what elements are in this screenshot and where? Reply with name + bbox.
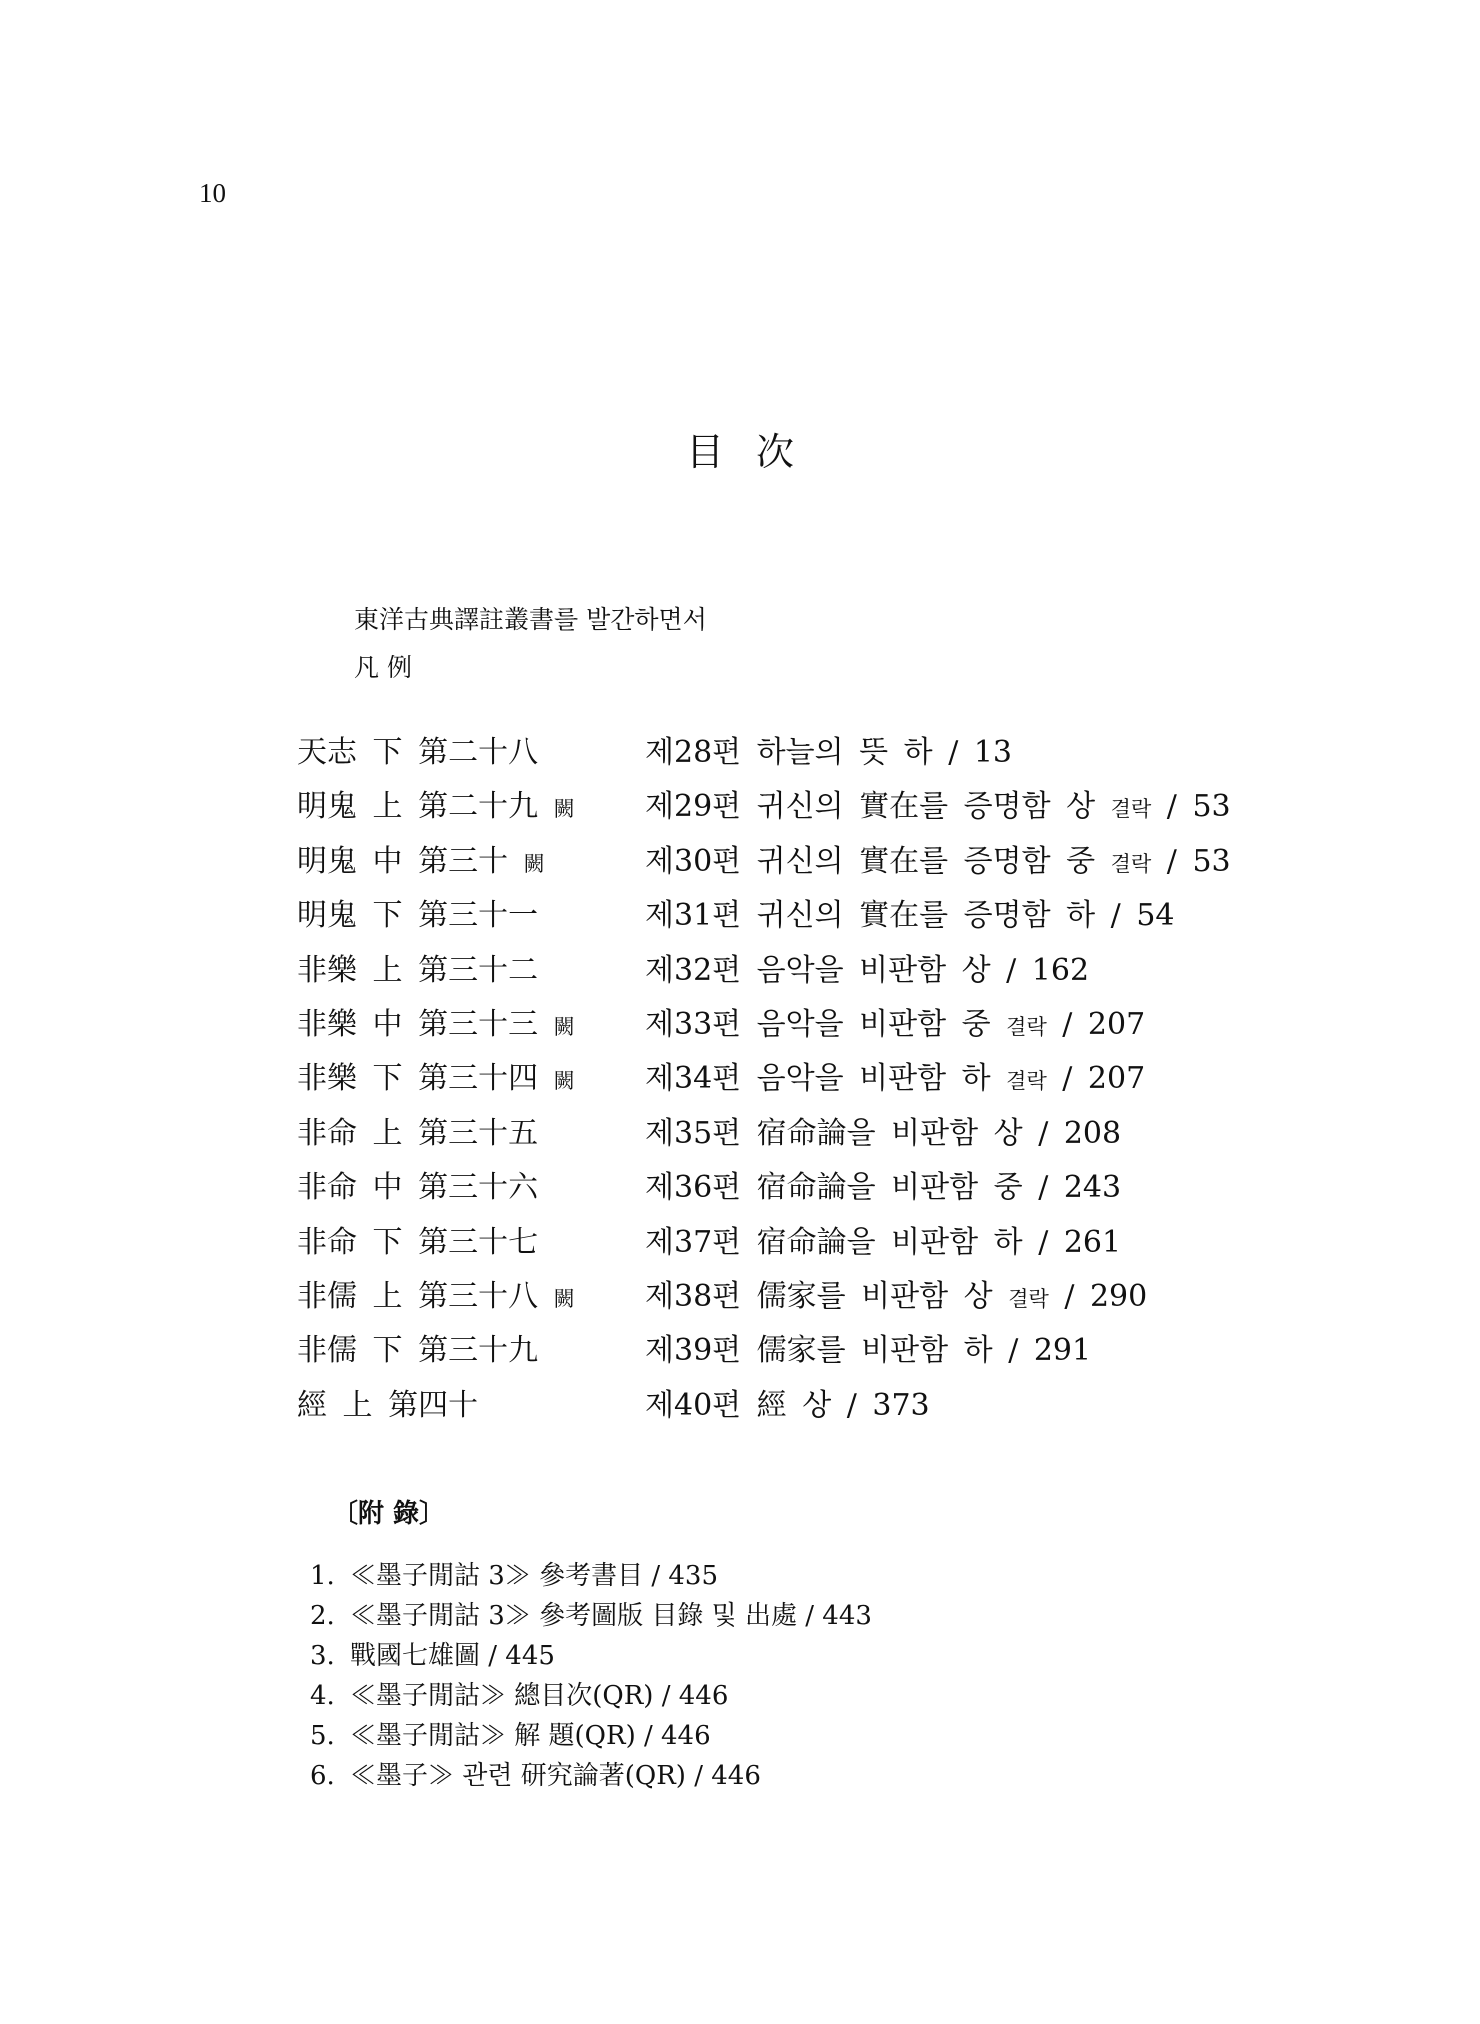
toc-original-title: 明鬼 上 第二十九 闕 <box>297 787 575 829</box>
translated-title-text: 제38편 儒家를 비판함 상 <box>645 1279 993 1314</box>
toc-original-title: 非命 下 第三十七 <box>297 1223 538 1265</box>
toc-original-title: 非樂 下 第三十四 闕 <box>297 1059 575 1101</box>
missing-note: 결락 <box>1111 797 1152 821</box>
toc-translated-title: 제37편 宿命論을 비판함 하 / 261 <box>645 1223 1121 1265</box>
toc-entry-explanatory-notes: 凡 例 <box>354 644 707 692</box>
missing-mark: 闕 <box>554 797 575 821</box>
page-ref: / 53 <box>1167 789 1231 824</box>
page-ref: / 54 <box>1111 898 1175 933</box>
item-text: ≪墨子閒詁≫ 解 題(QR) / 446 <box>350 1721 711 1751</box>
translated-title-text: 제34편 음악을 비판함 하 <box>645 1061 991 1096</box>
original-title-text: 天志 下 第二十八 <box>297 735 538 770</box>
item-number: 6. <box>310 1756 350 1796</box>
appendix-item: 5.≪墨子閒詁≫ 解 題(QR) / 446 <box>310 1716 872 1756</box>
translated-title-text: 제32편 음악을 비판함 상 <box>645 953 991 988</box>
toc-original-title: 非樂 中 第三十三 闕 <box>297 1005 575 1047</box>
intro-section: 東洋古典譯註叢書를 발간하면서 凡 例 <box>354 596 707 692</box>
translated-title-text: 제40편 經 상 <box>645 1388 831 1423</box>
toc-original-title: 明鬼 中 第三十 闕 <box>297 842 545 884</box>
original-title-text: 非命 中 第三十六 <box>297 1170 538 1205</box>
original-title-text: 明鬼 下 第三十一 <box>297 898 538 933</box>
toc-translated-title: 제34편 음악을 비판함 하 결락 / 207 <box>645 1059 1145 1101</box>
translated-title-text: 제30편 귀신의 實在를 증명함 중 <box>645 844 1095 879</box>
appendix-item: 4.≪墨子閒詁≫ 總目次(QR) / 446 <box>310 1676 872 1716</box>
page-ref: / 373 <box>847 1388 930 1423</box>
translated-title-text: 제36편 宿命論을 비판함 중 <box>645 1170 1023 1205</box>
original-title-text: 非樂 上 第三十二 <box>297 953 538 988</box>
item-number: 1. <box>310 1556 350 1596</box>
item-text: ≪墨子≫ 관련 研究論著(QR) / 446 <box>350 1761 761 1791</box>
page-ref: / 53 <box>1167 844 1231 879</box>
missing-note: 결락 <box>1111 852 1152 876</box>
translated-title-text: 제33편 음악을 비판함 중 <box>645 1007 991 1042</box>
page-ref: / 290 <box>1064 1279 1147 1314</box>
item-number: 2. <box>310 1596 350 1636</box>
missing-mark: 闕 <box>554 1069 575 1093</box>
toc-original-title: 明鬼 下 第三十一 <box>297 896 538 938</box>
toc-translated-title: 제30편 귀신의 實在를 증명함 중 결락 / 53 <box>645 842 1231 884</box>
item-text: ≪墨子閒詁 3≫ 參考圖版 目錄 및 出處 / 443 <box>350 1601 872 1631</box>
original-title-text: 經 上 第四十 <box>297 1388 478 1423</box>
appendix-heading: 〔附 錄〕 <box>332 1496 445 1532</box>
page-ref: / 291 <box>1008 1333 1091 1368</box>
toc-entry-preface: 東洋古典譯註叢書를 발간하면서 <box>354 596 707 644</box>
toc-translated-title: 제33편 음악을 비판함 중 결락 / 207 <box>645 1005 1145 1047</box>
original-title-text: 非儒 上 第三十八 <box>297 1279 538 1314</box>
toc-translated-title: 제31편 귀신의 實在를 증명함 하 / 54 <box>645 896 1175 938</box>
toc-translated-title: 제36편 宿命論을 비판함 중 / 243 <box>645 1168 1121 1210</box>
page-title: 目 次 <box>0 428 1480 476</box>
page-ref: / 243 <box>1038 1170 1121 1205</box>
toc-original-title: 經 上 第四十 <box>297 1386 478 1428</box>
translated-title-text: 제39편 儒家를 비판함 하 <box>645 1333 993 1368</box>
toc-original-title: 非儒 上 第三十八 闕 <box>297 1277 575 1319</box>
toc-original-title: 非樂 上 第三十二 <box>297 951 538 993</box>
item-number: 4. <box>310 1676 350 1716</box>
missing-mark: 闕 <box>554 1287 575 1311</box>
toc-translated-title: 제32편 음악을 비판함 상 / 162 <box>645 951 1089 993</box>
page-number: 10 <box>199 178 226 208</box>
toc-translated-title: 제35편 宿命論을 비판함 상 / 208 <box>645 1114 1121 1156</box>
toc-translated-title: 제39편 儒家를 비판함 하 / 291 <box>645 1331 1091 1373</box>
item-number: 5. <box>310 1716 350 1756</box>
page-ref: / 207 <box>1062 1007 1145 1042</box>
translated-title-text: 제37편 宿命論을 비판함 하 <box>645 1225 1023 1260</box>
original-title-text: 非樂 下 第三十四 <box>297 1061 538 1096</box>
appendix-item: 6.≪墨子≫ 관련 研究論著(QR) / 446 <box>310 1756 872 1796</box>
translated-title-text: 제35편 宿命論을 비판함 상 <box>645 1116 1023 1151</box>
page-ref: / 208 <box>1038 1116 1121 1151</box>
original-title-text: 非命 下 第三十七 <box>297 1225 538 1260</box>
translated-title-text: 제29편 귀신의 實在를 증명함 상 <box>645 789 1095 824</box>
page-ref: / 261 <box>1038 1225 1121 1260</box>
missing-mark: 闕 <box>524 852 545 876</box>
missing-note: 결락 <box>1006 1069 1047 1093</box>
translated-title-text: 제31편 귀신의 實在를 증명함 하 <box>645 898 1095 933</box>
toc-original-title: 非命 上 第三十五 <box>297 1114 538 1156</box>
toc-original-title: 非儒 下 第三十九 <box>297 1331 538 1373</box>
item-text: 戰國七雄圖 / 445 <box>350 1641 555 1671</box>
toc-original-title: 天志 下 第二十八 <box>297 733 538 775</box>
toc-translated-title: 제29편 귀신의 實在를 증명함 상 결락 / 53 <box>645 787 1231 829</box>
original-title-text: 明鬼 上 第二十九 <box>297 789 538 824</box>
appendix-item: 2.≪墨子閒詁 3≫ 參考圖版 目錄 및 出處 / 443 <box>310 1596 872 1636</box>
original-title-text: 非儒 下 第三十九 <box>297 1333 538 1368</box>
missing-mark: 闕 <box>554 1015 575 1039</box>
original-title-text: 明鬼 中 第三十 <box>297 844 508 879</box>
missing-note: 결락 <box>1006 1015 1047 1039</box>
toc-original-title: 非命 中 第三十六 <box>297 1168 538 1210</box>
original-title-text: 非樂 中 第三十三 <box>297 1007 538 1042</box>
item-text: ≪墨子閒詁≫ 總目次(QR) / 446 <box>350 1681 728 1711</box>
missing-note: 결락 <box>1008 1287 1049 1311</box>
page-ref: / 13 <box>948 735 1012 770</box>
page-ref: / 162 <box>1006 953 1089 988</box>
item-number: 3. <box>310 1636 350 1676</box>
item-text: ≪墨子閒詁 3≫ 參考書目 / 435 <box>350 1561 718 1591</box>
translated-title-text: 제28편 하늘의 뜻 하 <box>645 735 933 770</box>
appendix-item: 3.戰國七雄圖 / 445 <box>310 1636 872 1676</box>
toc-translated-title: 제40편 經 상 / 373 <box>645 1386 930 1428</box>
appendix-item: 1.≪墨子閒詁 3≫ 參考書目 / 435 <box>310 1556 872 1596</box>
page-ref: / 207 <box>1062 1061 1145 1096</box>
toc-translated-title: 제38편 儒家를 비판함 상 결락 / 290 <box>645 1277 1147 1319</box>
original-title-text: 非命 上 第三十五 <box>297 1116 538 1151</box>
appendix-list: 1.≪墨子閒詁 3≫ 參考書目 / 435 2.≪墨子閒詁 3≫ 參考圖版 目錄… <box>310 1556 872 1796</box>
toc-translated-title: 제28편 하늘의 뜻 하 / 13 <box>645 733 1012 775</box>
